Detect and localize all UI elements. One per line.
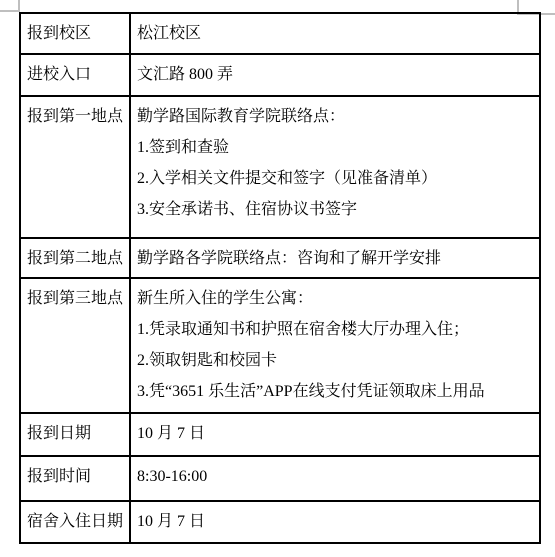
label-text: 宿舍入住日期	[27, 506, 123, 537]
value-text: 2.领取钥匙和校园卡	[137, 345, 533, 376]
label-text: 报到日期	[27, 418, 123, 449]
row-label: 报到时间	[20, 456, 130, 501]
gridline-artifact-top-left-horizontal	[0, 10, 20, 12]
value-text: 勤学路各学院联络点：咨询和了解开学安排	[137, 243, 533, 274]
value-text: 勤学路国际教育学院联络点：	[137, 101, 533, 132]
value-text: 10 月 7 日	[137, 418, 533, 449]
row-label: 报到第一地点	[20, 96, 130, 238]
row-value: 文汇路 800 弄	[130, 54, 540, 96]
row-value: 新生所入住的学生公寓： 1.凭录取通知书和护照在宿舍楼大厅办理入住； 2.领取钥…	[130, 278, 540, 413]
value-text: 3.安全承诺书、住宿协议书签字	[137, 194, 533, 225]
row-value: 松江校区	[130, 13, 540, 54]
value-text: 松江校区	[137, 18, 533, 49]
row-label: 报到第二地点	[20, 238, 130, 278]
row-value: 10 月 7 日	[130, 501, 540, 543]
label-text: 进校入口	[27, 59, 123, 90]
row-first-location: 报到第一地点 勤学路国际教育学院联络点： 1.签到和查验 2.入学相关文件提交和…	[20, 96, 540, 238]
row-label: 报到第三地点	[20, 278, 130, 413]
value-text: 1.签到和查验	[137, 132, 533, 163]
label-text: 报到第二地点	[27, 243, 123, 274]
label-text: 报到时间	[27, 461, 123, 492]
value-text: 3.凭“3651 乐生活”APP在线支付凭证领取床上用品	[137, 376, 533, 407]
document-page: 报到校区 松江校区 进校入口 文汇路 800 弄 报到第一地点	[0, 0, 555, 557]
row-label: 进校入口	[20, 54, 130, 96]
value-text: 2.入学相关文件提交和签字（见准备清单）	[137, 163, 533, 194]
value-text: 1.凭录取通知书和护照在宿舍楼大厅办理入住；	[137, 314, 533, 345]
row-value: 8:30-16:00	[130, 456, 540, 501]
value-text: 文汇路 800 弄	[137, 59, 533, 90]
value-text: 10 月 7 日	[137, 506, 533, 537]
row-value: 10 月 7 日	[130, 413, 540, 456]
label-text: 报到校区	[27, 18, 123, 49]
label-text: 报到第三地点	[27, 283, 123, 314]
row-entrance: 进校入口 文汇路 800 弄	[20, 54, 540, 96]
row-label: 报到日期	[20, 413, 130, 456]
row-report-date: 报到日期 10 月 7 日	[20, 413, 540, 456]
row-label: 宿舍入住日期	[20, 501, 130, 543]
value-text: 8:30-16:00	[137, 461, 533, 492]
registration-info-table: 报到校区 松江校区 进校入口 文汇路 800 弄 报到第一地点	[19, 12, 541, 544]
value-text: 新生所入住的学生公寓：	[137, 283, 533, 314]
row-value: 勤学路各学院联络点：咨询和了解开学安排	[130, 238, 540, 278]
gridline-artifact-top-left-vertical	[18, 0, 20, 10]
row-third-location: 报到第三地点 新生所入住的学生公寓： 1.凭录取通知书和护照在宿舍楼大厅办理入住…	[20, 278, 540, 413]
row-campus: 报到校区 松江校区	[20, 13, 540, 54]
row-label: 报到校区	[20, 13, 130, 54]
label-text: 报到第一地点	[27, 101, 123, 132]
row-dorm-checkin-date: 宿舍入住日期 10 月 7 日	[20, 501, 540, 543]
row-value: 勤学路国际教育学院联络点： 1.签到和查验 2.入学相关文件提交和签字（见准备清…	[130, 96, 540, 238]
row-report-time: 报到时间 8:30-16:00	[20, 456, 540, 501]
row-second-location: 报到第二地点 勤学路各学院联络点：咨询和了解开学安排	[20, 238, 540, 278]
